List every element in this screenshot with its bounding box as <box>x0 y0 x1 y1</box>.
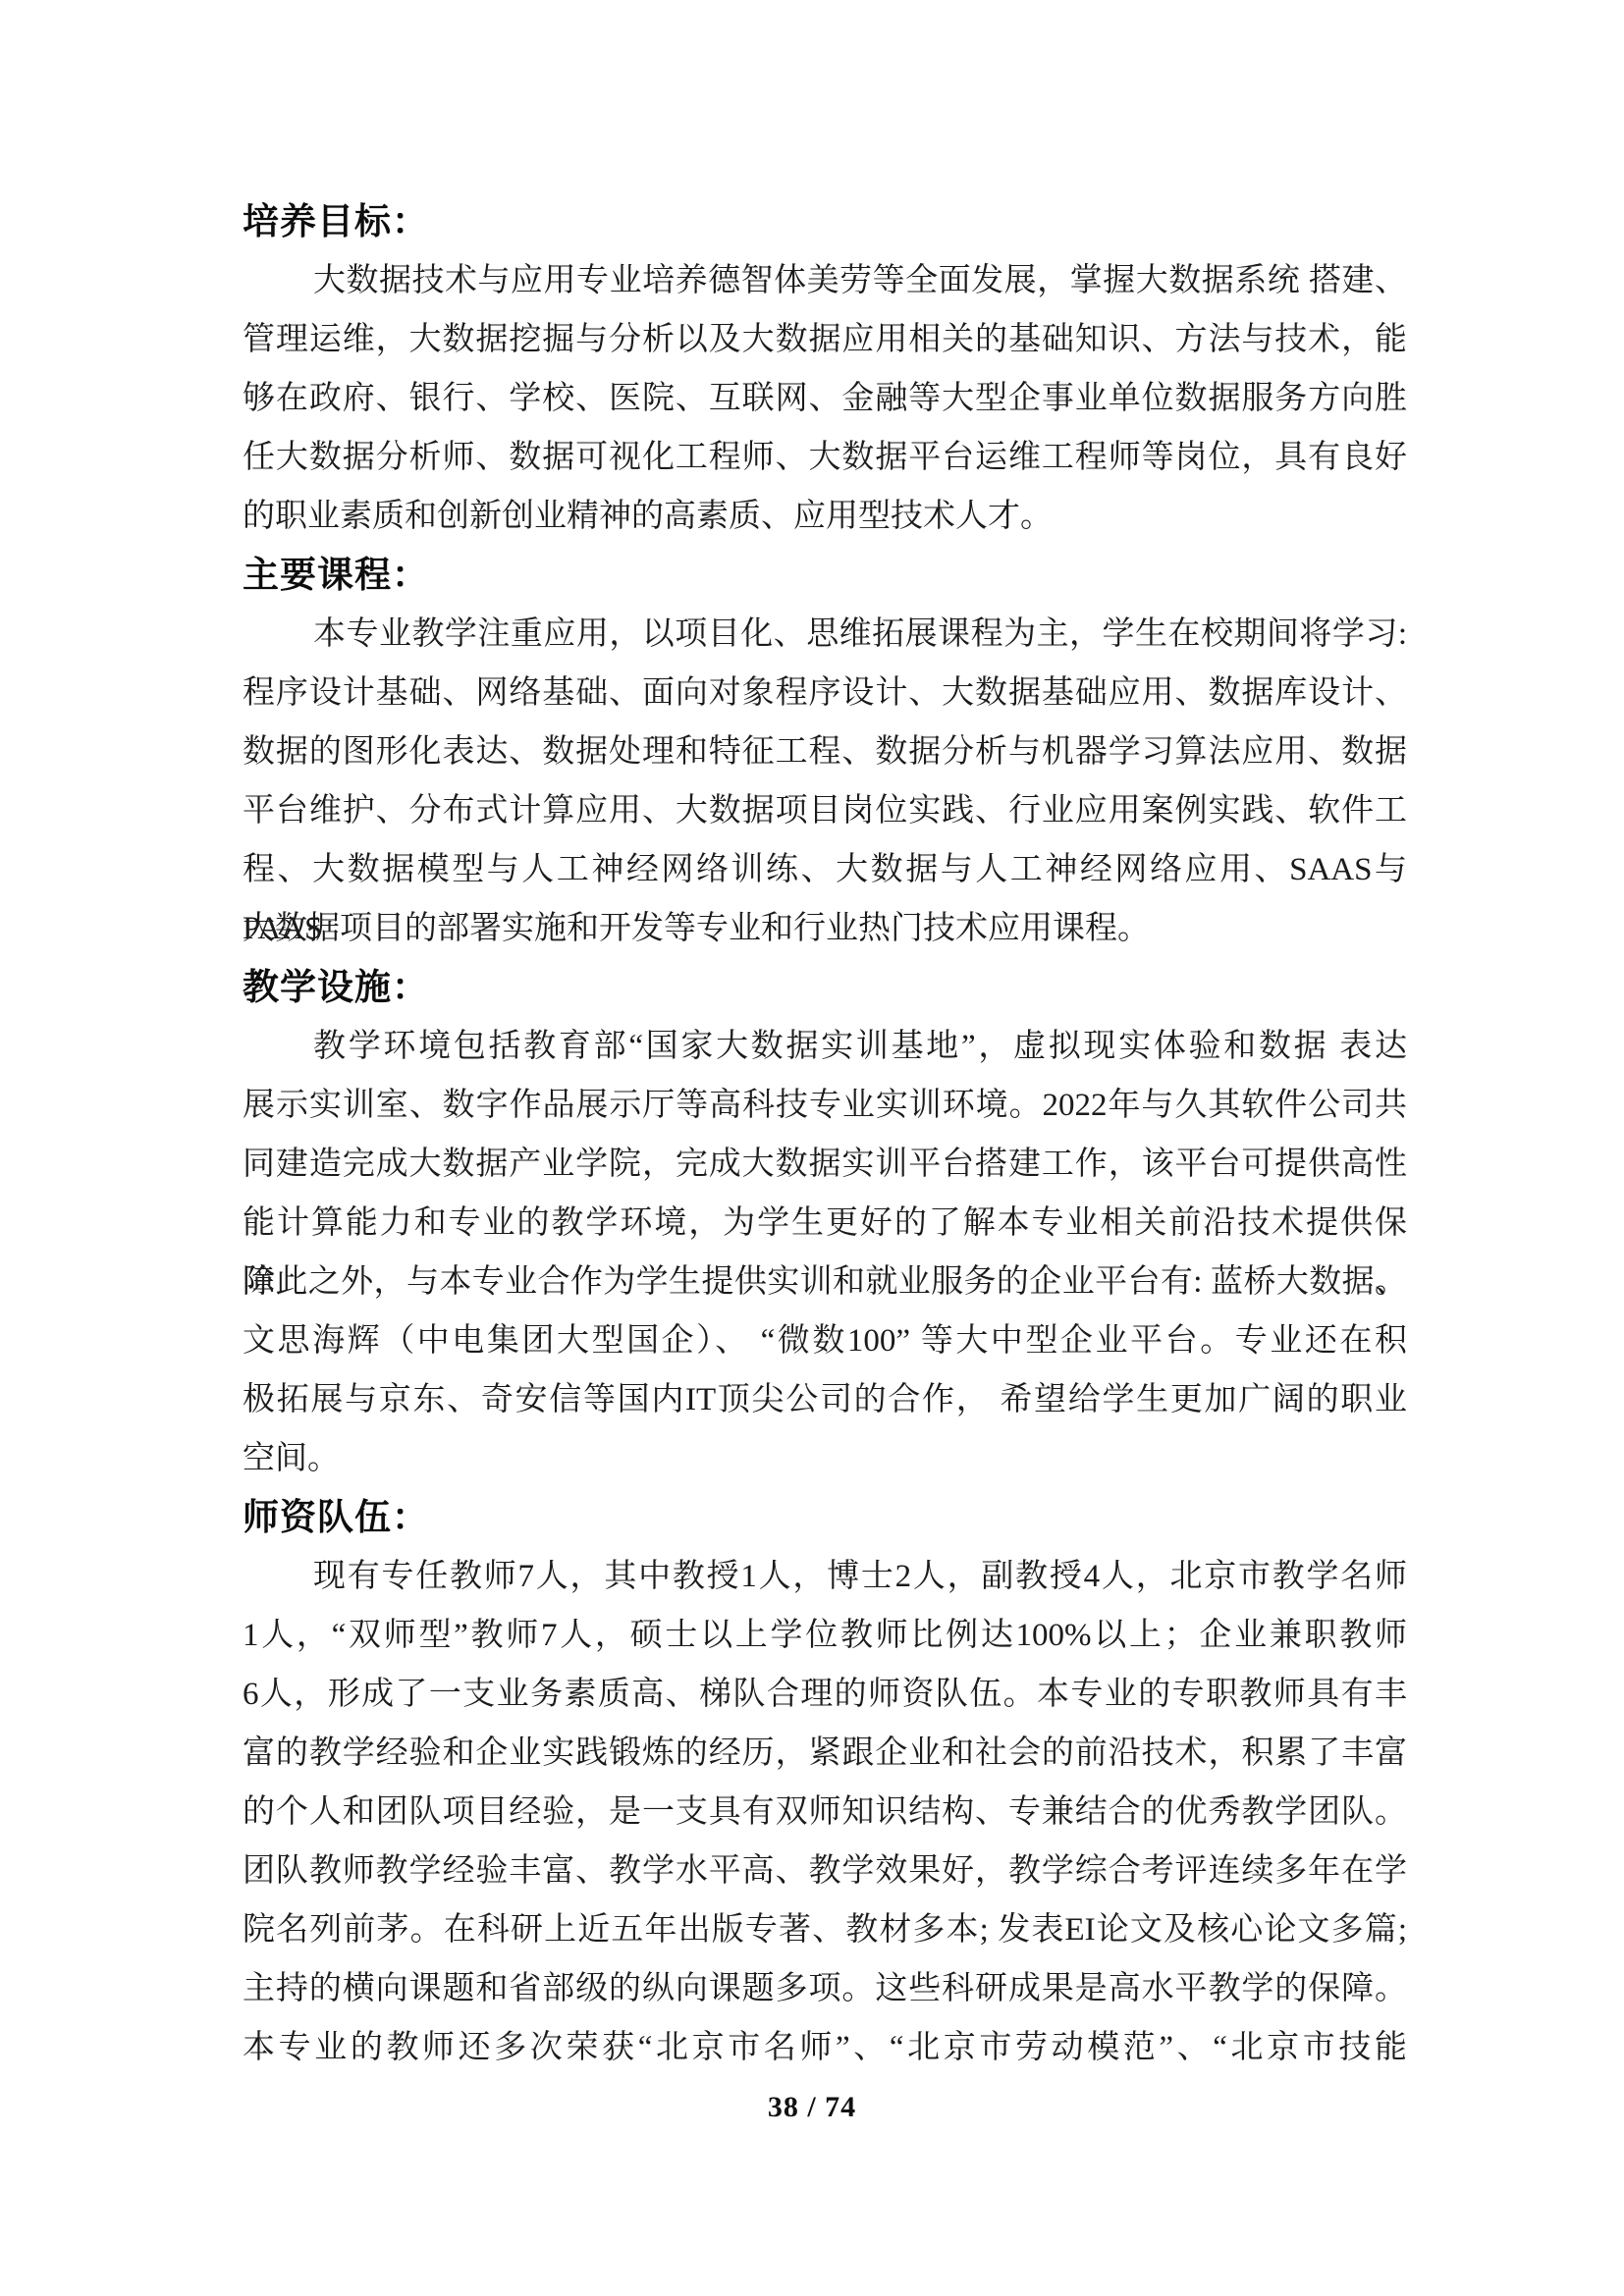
section-heading-teaching-facilities: 教学设施： <box>243 958 1407 1017</box>
text-line: 数据的图形化表达、数据处理和特征工程、数据分析与机器学习算法应用、数据 <box>243 722 1407 781</box>
document-page: 培养目标：大数据技术与应用专业培养德智体美劳等全面发展，掌握大数据系统 搭建、管… <box>0 0 1624 2296</box>
text-line: 够在政府、银行、学校、医院、互联网、金融等大型企事业单位数据服务方向胜 <box>243 369 1407 428</box>
text-line: 的个人和团队项目经验，是一支具有双师知识结构、专兼结合的优秀教学团队。 <box>243 1783 1407 1842</box>
text-line: 除此之外，与本专业合作为学生提供实训和就业服务的企业平台有: 蓝桥大数据、 <box>243 1253 1407 1311</box>
text-line: 团队教师教学经验丰富、教学水平高、教学效果好，教学综合考评连续多年在学 <box>243 1842 1407 1900</box>
text-line: 主持的横向课题和省部级的纵向课题多项。这些科研成果是高水平教学的保障。 <box>243 1959 1407 2018</box>
text-line: 管理运维，大数据挖掘与分析以及大数据应用相关的基础知识、方法与技术，能 <box>243 310 1407 369</box>
section-heading-faculty-team: 师资队伍： <box>243 1488 1407 1547</box>
text-line: 展示实训室、数字作品展示厅等高科技专业实训环境。2022年与久其软件公司共 <box>243 1076 1407 1135</box>
text-line: 大数据项目的部署实施和开发等专业和行业热门技术应用课程。 <box>243 899 1407 958</box>
text-line: 现有专任教师7人，其中教授1人，博士2人，副教授4人，北京市教学名师 <box>243 1547 1407 1606</box>
text-line: 平台维护、分布式计算应用、大数据项目岗位实践、行业应用案例实践、软件工 <box>243 781 1407 840</box>
page-number: 38 / 74 <box>768 2091 856 2123</box>
text-line: 院名列前茅。在科研上近五年出版专著、教材多本; 发表EI论文及核心论文多篇; <box>243 1900 1407 1959</box>
text-line: 任大数据分析师、数据可视化工程师、大数据平台运维工程师等岗位，具有良好 <box>243 428 1407 487</box>
text-line: 的职业素质和创新创业精神的高素质、应用型技术人才。 <box>243 487 1407 546</box>
text-line: 同建造完成大数据产业学院，完成大数据实训平台搭建工作，该平台可提供高性 <box>243 1135 1407 1194</box>
text-line: 本专业教学注重应用，以项目化、思维拓展课程为主，学生在校期间将学习: <box>243 605 1407 664</box>
text-line: 程序设计基础、网络基础、面向对象程序设计、大数据基础应用、数据库设计、 <box>243 664 1407 722</box>
text-line: 大数据技术与应用专业培养德智体美劳等全面发展，掌握大数据系统 搭建、 <box>243 251 1407 310</box>
text-line: 本专业的教师还多次荣获“北京市名师”、“北京市劳动模范”、“北京市技能 <box>243 2018 1407 2077</box>
text-line: 极拓展与京东、奇安信等国内IT顶尖公司的合作， 希望给学生更加广阔的职业 <box>243 1370 1407 1429</box>
text-line: 6人，形成了一支业务素质高、梯队合理的师资队伍。本专业的专职教师具有丰 <box>243 1665 1407 1724</box>
text-line: 能计算能力和专业的教学环境，为学生更好的了解本专业相关前沿技术提供保障。 <box>243 1194 1407 1253</box>
section-heading-main-courses: 主要课程： <box>243 546 1407 605</box>
text-line: 教学环境包括教育部“国家大数据实训基地”，虚拟现实体验和数据 表达 <box>243 1017 1407 1076</box>
document-content: 培养目标：大数据技术与应用专业培养德智体美劳等全面发展，掌握大数据系统 搭建、管… <box>243 192 1407 2077</box>
text-line: 文思海辉（中电集团大型国企）、 “微数100” 等大中型企业平台。专业还在积 <box>243 1311 1407 1370</box>
text-line: 空间。 <box>243 1429 1407 1488</box>
section-heading-training-objectives: 培养目标： <box>243 192 1407 251</box>
page-footer: 38 / 74 <box>0 2091 1624 2124</box>
text-line: 富的教学经验和企业实践锻炼的经历，紧跟企业和社会的前沿技术，积累了丰富 <box>243 1724 1407 1783</box>
text-line: 1人，“双师型”教师7人，硕士以上学位教师比例达100%以上；企业兼职教师 <box>243 1606 1407 1665</box>
text-line: 程、大数据模型与人工神经网络训练、大数据与人工神经网络应用、SAAS与PAAS <box>243 840 1407 899</box>
